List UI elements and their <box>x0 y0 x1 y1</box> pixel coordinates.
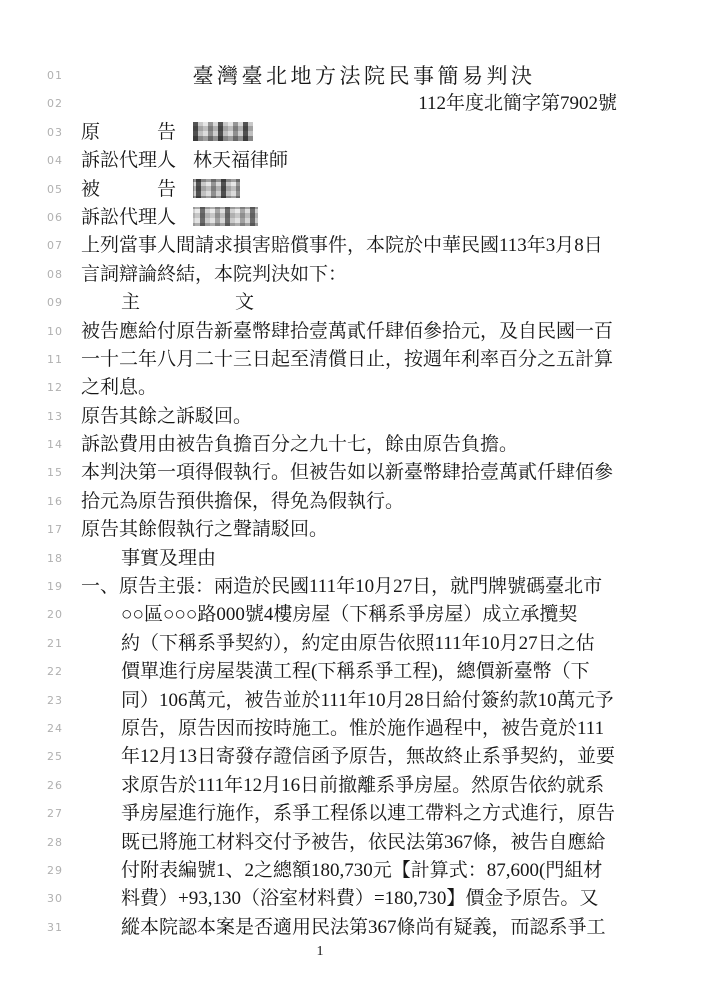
line-text: ○○區○○○路000號4樓房屋（下稱系爭房屋）成立承攬契 <box>81 601 621 629</box>
line-row: 25年12月13日寄發存證信函予原告，無故終止系爭契約，並要 <box>0 743 706 771</box>
line-number: 14 <box>47 431 81 459</box>
line-row: 27爭房屋進行施作，系爭工程係以連工帶料之方式進行，原告 <box>0 800 706 828</box>
line-number: 19 <box>47 573 81 601</box>
line-number: 13 <box>47 403 81 431</box>
line-number: 05 <box>47 176 81 204</box>
line-text: 爭房屋進行施作，系爭工程係以連工帶料之方式進行，原告 <box>81 800 621 828</box>
line-row: 08言詞辯論終結，本院判決如下： <box>0 261 706 289</box>
document-lines: 01臺灣臺北地方法院民事簡易判決02112年度北簡字第7902號03原 告04訴… <box>0 62 706 942</box>
line-text: 料費）+93,130（浴室材料費）=180,730】價金予原告。又 <box>81 885 621 913</box>
line-row: 13原告其餘之訴駁回。 <box>0 403 706 431</box>
line-row: 11一十二年八月二十三日起至清償日止，按週年利率百分之五計算 <box>0 346 706 374</box>
line-row: 01臺灣臺北地方法院民事簡易判決 <box>0 62 706 90</box>
line-text: 同）106萬元，被告並於111年10月28日給付簽約款10萬元予 <box>81 687 621 715</box>
line-number: 08 <box>47 261 81 289</box>
line-text: 年12月13日寄發存證信函予原告，無故終止系爭契約，並要 <box>81 743 621 771</box>
party-label: 被 告 <box>81 176 177 204</box>
line-text: 一十二年八月二十三日起至清償日止，按週年利率百分之五計算 <box>81 346 621 374</box>
line-row: 20○○區○○○路000號4樓房屋（下稱系爭房屋）成立承攬契 <box>0 601 706 629</box>
line-row: 18事實及理由 <box>0 545 706 573</box>
line-text: 付附表編號1、2之總額180,730元【計算式：87,600(門組材 <box>81 857 621 885</box>
line-text: 事實及理由 <box>81 545 621 573</box>
line-text: 上列當事人間請求損害賠償事件，本院於中華民國113年3月8日 <box>81 232 621 260</box>
line-row: 30料費）+93,130（浴室材料費）=180,730】價金予原告。又 <box>0 885 706 913</box>
line-text: 縱本院認本案是否適用民法第367條尚有疑義，而認系爭工 <box>81 914 621 942</box>
line-number: 30 <box>47 885 81 913</box>
party-line: 訴訟代理人 <box>81 204 621 232</box>
line-row: 07上列當事人間請求損害賠償事件，本院於中華民國113年3月8日 <box>0 232 706 260</box>
line-number: 06 <box>47 204 81 232</box>
line-row: 21約（下稱系爭契約），約定由原告依照111年10月27日之估 <box>0 630 706 658</box>
party-line: 原 告 <box>81 119 621 147</box>
document-title: 臺灣臺北地方法院民事簡易判決 <box>81 62 621 90</box>
judgment-page: 01臺灣臺北地方法院民事簡易判決02112年度北簡字第7902號03原 告04訴… <box>0 0 706 1000</box>
party-name: 林天福律師 <box>193 150 288 171</box>
line-text: 約（下稱系爭契約），約定由原告依照111年10月27日之估 <box>81 630 621 658</box>
line-number: 03 <box>47 119 81 147</box>
line-row: 31縱本院認本案是否適用民法第367條尚有疑義，而認系爭工 <box>0 914 706 942</box>
line-number: 26 <box>47 772 81 800</box>
line-text: 拾元為原告預供擔保，得免為假執行。 <box>81 488 621 516</box>
line-text: 一、原告主張：兩造於民國111年10月27日，就門牌號碼臺北市 <box>81 573 621 601</box>
line-row: 06訴訟代理人 <box>0 204 706 232</box>
party-line: 被 告 <box>81 176 621 204</box>
line-row: 26求原告於111年12月16日前撤離系爭房屋。然原告依約就系 <box>0 772 706 800</box>
line-number: 12 <box>47 374 81 402</box>
line-number: 10 <box>47 318 81 346</box>
line-number: 21 <box>47 630 81 658</box>
line-number: 31 <box>47 914 81 942</box>
line-row: 15本判決第一項得假執行。但被告如以新臺幣肆拾壹萬貳仟肆佰參 <box>0 459 706 487</box>
line-row: 29付附表編號1、2之總額180,730元【計算式：87,600(門組材 <box>0 857 706 885</box>
line-number: 15 <box>47 459 81 487</box>
line-number: 01 <box>47 62 81 90</box>
line-number: 28 <box>47 829 81 857</box>
line-number: 29 <box>47 857 81 885</box>
line-text: 原告，原告因而按時施工。惟於施作過程中，被告竟於111 <box>81 715 621 743</box>
line-text: 原告其餘假執行之聲請駁回。 <box>81 516 621 544</box>
line-text: 本判決第一項得假執行。但被告如以新臺幣肆拾壹萬貳仟肆佰參 <box>81 459 621 487</box>
line-number: 11 <box>47 346 81 374</box>
line-row: 10被告應給付原告新臺幣肆拾壹萬貳仟肆佰參拾元，及自民國一百 <box>0 318 706 346</box>
line-row: 03原 告 <box>0 119 706 147</box>
redacted-name <box>193 207 258 226</box>
line-row: 14訴訟費用由被告負擔百分之九十七，餘由原告負擔。 <box>0 431 706 459</box>
line-text: 言詞辯論終結，本院判決如下： <box>81 261 621 289</box>
line-row: 28既已將施工材料交付予被告，依民法第367條，被告自應給 <box>0 829 706 857</box>
line-number: 20 <box>47 601 81 629</box>
line-row: 09主 文 <box>0 289 706 317</box>
redacted-name <box>193 122 253 141</box>
party-label: 原 告 <box>81 119 177 147</box>
line-number: 16 <box>47 488 81 516</box>
line-number: 09 <box>47 289 81 317</box>
line-number: 18 <box>47 545 81 573</box>
party-label: 訴訟代理人 <box>81 204 177 232</box>
line-row: 17原告其餘假執行之聲請駁回。 <box>0 516 706 544</box>
line-text: 主 文 <box>81 289 621 317</box>
line-row: 19一、原告主張：兩造於民國111年10月27日，就門牌號碼臺北市 <box>0 573 706 601</box>
party-line: 訴訟代理人林天福律師 <box>81 147 621 175</box>
line-text: 被告應給付原告新臺幣肆拾壹萬貳仟肆佰參拾元，及自民國一百 <box>81 318 621 346</box>
line-row: 24原告，原告因而按時施工。惟於施作過程中，被告竟於111 <box>0 715 706 743</box>
redacted-name <box>193 179 240 198</box>
line-number: 27 <box>47 800 81 828</box>
line-row: 04訴訟代理人林天福律師 <box>0 147 706 175</box>
line-row: 16拾元為原告預供擔保，得免為假執行。 <box>0 488 706 516</box>
case-number: 112年度北簡字第7902號 <box>81 90 621 118</box>
line-row: 12之利息。 <box>0 374 706 402</box>
page-number: 1 <box>0 944 640 960</box>
line-number: 04 <box>47 147 81 175</box>
line-row: 05被 告 <box>0 176 706 204</box>
line-text: 既已將施工材料交付予被告，依民法第367條，被告自應給 <box>81 829 621 857</box>
line-text: 原告其餘之訴駁回。 <box>81 403 621 431</box>
line-text: 價單進行房屋裝潢工程(下稱系爭工程)，總價新臺幣（下 <box>81 658 621 686</box>
line-text: 之利息。 <box>81 374 621 402</box>
line-number: 22 <box>47 658 81 686</box>
line-number: 17 <box>47 516 81 544</box>
line-number: 24 <box>47 715 81 743</box>
party-label: 訴訟代理人 <box>81 147 177 175</box>
line-number: 25 <box>47 743 81 771</box>
line-text: 訴訟費用由被告負擔百分之九十七，餘由原告負擔。 <box>81 431 621 459</box>
line-number: 02 <box>47 90 81 118</box>
line-number: 07 <box>47 232 81 260</box>
line-text: 求原告於111年12月16日前撤離系爭房屋。然原告依約就系 <box>81 772 621 800</box>
line-row: 23同）106萬元，被告並於111年10月28日給付簽約款10萬元予 <box>0 687 706 715</box>
line-number: 23 <box>47 687 81 715</box>
line-row: 22價單進行房屋裝潢工程(下稱系爭工程)，總價新臺幣（下 <box>0 658 706 686</box>
line-row: 02112年度北簡字第7902號 <box>0 90 706 118</box>
